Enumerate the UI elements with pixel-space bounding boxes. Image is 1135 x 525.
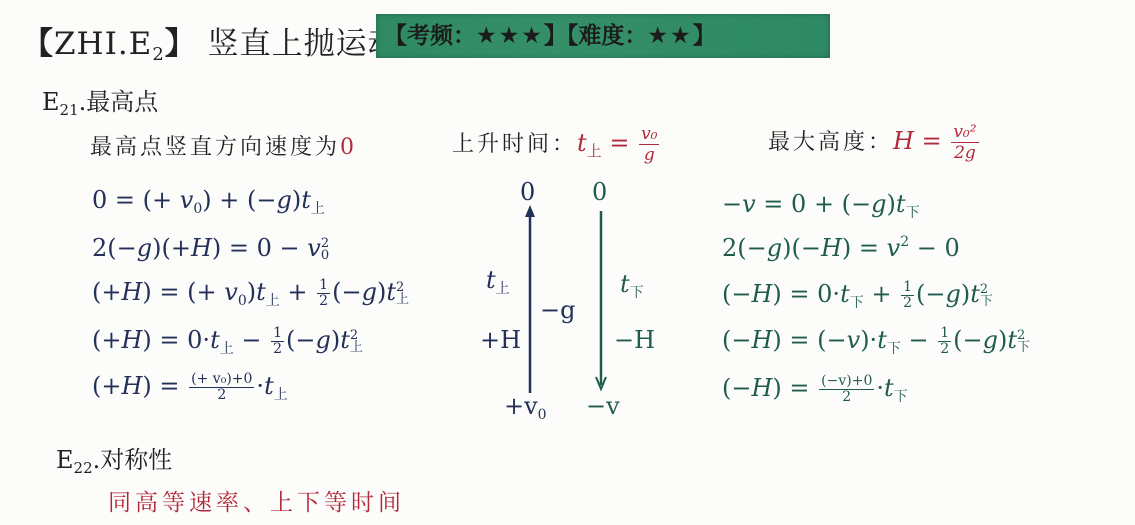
diagram-acceleration: −g — [540, 296, 575, 324]
diagram-up-top-velocity: 0 — [520, 178, 535, 206]
velocity-sub: 0 — [538, 407, 547, 423]
eq-text: (+ — [92, 278, 121, 306]
eq-text: ) = 0 − — [212, 234, 307, 262]
eq-sub: 上 — [350, 342, 363, 354]
eq-text: ) + (− — [202, 186, 276, 214]
eq-text: (− — [722, 326, 751, 354]
eq-text: ) = (− — [772, 326, 846, 354]
eq-sub: 下 — [887, 341, 901, 357]
eq-sub: 0 — [238, 293, 247, 309]
frac-den: 2 — [271, 342, 284, 357]
eq-text: ) — [331, 326, 340, 354]
bracket-close: 】 — [165, 26, 197, 62]
eq-var: v — [887, 234, 901, 262]
eq-text: ) = (+ — [142, 278, 224, 306]
eq-var: g — [946, 280, 961, 308]
highest-point-statement: 最高点竖直方向速度为0 — [90, 130, 357, 161]
eq-var: g — [316, 326, 331, 354]
eq-text: ) — [377, 278, 386, 306]
time-sub: 下 — [630, 285, 644, 301]
symmetry-conclusion: 同高等速率、上下等时间 — [108, 484, 405, 517]
eq-text: 2(− — [722, 234, 767, 262]
eq-var: v — [224, 278, 238, 306]
eq-text: (+ — [92, 372, 121, 400]
formula-lhs: H — [893, 127, 914, 155]
frac-den: 2 — [938, 342, 951, 357]
eq-sub: 上 — [311, 201, 325, 217]
eq-sub: 0 — [193, 201, 202, 217]
velocity-var: +v — [504, 392, 538, 420]
eq-sub: 下 — [1017, 342, 1030, 354]
down-equation-velocity: −v = 0 + (−g)t下 — [722, 190, 920, 222]
eq-sub: 上 — [274, 387, 288, 403]
frac-den: 2 — [901, 296, 914, 311]
diagram-fall-time: t下 — [620, 270, 644, 302]
down-equation-velocity-displacement: 2(−g)(−H) = v2 − 0 — [722, 234, 960, 262]
bracket-close: 】 — [693, 22, 716, 49]
difficulty-stars-icon: ★★ — [647, 23, 692, 49]
eq-var: g — [983, 326, 998, 354]
eq-text: ) — [292, 186, 301, 214]
eq-text: (− — [286, 326, 315, 354]
up-arrow-icon — [525, 205, 535, 393]
eq-sub: 下 — [894, 389, 908, 405]
eq-var: H — [191, 234, 212, 262]
eq-text: = 0 + (− — [756, 190, 871, 218]
section-title: .最高点 — [79, 88, 159, 116]
eq-text: )· — [860, 326, 877, 354]
section-title: .对称性 — [93, 446, 173, 474]
eq-var: t — [386, 278, 396, 306]
eq-var: g — [871, 190, 886, 218]
section-heading-symmetry: E22.对称性 — [56, 440, 172, 477]
eq-sub: 上 — [220, 341, 234, 357]
down-arrow-icon — [596, 211, 606, 389]
eq-sub: 下 — [850, 295, 864, 311]
eq-text: ) — [961, 280, 970, 308]
up-equation-velocity-displacement: 2(−g)(+H) = 0 − v20 — [92, 234, 329, 262]
topic-code: ZHI.E — [54, 26, 152, 62]
eq-var: t — [840, 280, 850, 308]
up-equation-velocity: 0 = (+ v0) + (−g)t上 — [92, 186, 325, 218]
bracket-open: 【 — [22, 26, 54, 62]
frequency-label: 【考频： — [384, 22, 476, 49]
eq-var: t — [264, 372, 274, 400]
down-equation-displacement-reverse: (−H) = (−v)·t下 − 12(−g)t2下 — [722, 326, 1030, 358]
diagram-final-velocity: −v — [586, 392, 620, 420]
up-equation-average-velocity: (+H) = (+ v₀)+02·t上 — [92, 372, 288, 404]
frac-num: 1 — [271, 326, 284, 342]
rise-time: 上升时间：t上 = v₀g — [452, 124, 661, 165]
eq-text: ) — [247, 278, 256, 306]
difficulty-label: 【难度： — [567, 22, 648, 49]
diagram-down-displacement: −H — [614, 326, 655, 354]
eq-sub: 上 — [266, 293, 280, 309]
statement-value: 0 — [340, 135, 357, 160]
frequency-stars-icon: ★★★ — [476, 23, 544, 49]
time-var: t — [620, 270, 630, 298]
frac-den: 2 — [189, 388, 254, 403]
frac-num: 1 — [938, 326, 951, 342]
section-heading-highest-point: E21.最高点 — [42, 82, 158, 119]
max-height-formula: H = v₀²2g — [893, 127, 981, 155]
formula-denominator: g — [639, 145, 659, 165]
formula-lhs-sub: 上 — [587, 142, 602, 160]
statement-text: 最高点竖直方向速度为 — [90, 135, 340, 160]
eq-sub: 上 — [396, 294, 409, 306]
eq-text: − — [722, 190, 742, 218]
time-sub: 上 — [496, 281, 510, 297]
eq-text: + — [280, 278, 315, 306]
eq-text: ) — [887, 190, 896, 218]
time-var: t — [486, 266, 496, 294]
frac-den: 2 — [819, 390, 874, 405]
up-equation-displacement-forward: (+H) = (+ v0)t上 + 12(−g)t2上 — [92, 278, 409, 310]
topic-title: 【ZHI.E2】 竖直上抛运动 — [22, 18, 400, 65]
eq-var: t — [877, 326, 887, 354]
eq-var: t — [896, 190, 906, 218]
eq-var: g — [362, 278, 377, 306]
eq-text: − — [234, 326, 269, 354]
section-prefix: E — [42, 88, 60, 116]
eq-sub: 0 — [321, 250, 329, 262]
frac-num: (−v)+0 — [819, 374, 874, 390]
diagram-initial-velocity: +v0 — [504, 392, 547, 423]
eq-var: H — [121, 326, 142, 354]
eq-var: v — [180, 186, 194, 214]
eq-text: (− — [722, 374, 751, 402]
formula-lhs: t — [577, 129, 587, 157]
eq-var: t — [256, 278, 266, 306]
difficulty-badge: 【考频：★★★】【难度：★★】 — [376, 14, 830, 58]
diagram-rise-time: t上 — [486, 266, 510, 298]
eq-text: (− — [722, 280, 751, 308]
eq-var: t — [884, 374, 894, 402]
eq-text: − — [901, 326, 936, 354]
eq-var: v — [307, 234, 321, 262]
rise-time-label: 上升时间： — [452, 132, 577, 157]
eq-text: ) = — [142, 372, 187, 400]
eq-var: H — [121, 372, 142, 400]
formula-equals: = — [914, 127, 949, 155]
eq-var: g — [137, 234, 152, 262]
max-height-label: 最大高度： — [768, 130, 893, 155]
eq-var: t — [970, 280, 980, 308]
down-equation-displacement-forward: (−H) = 0·t下 + 12(−g)t2下 — [722, 280, 993, 312]
max-height: 最大高度：H = v₀²2g — [768, 122, 981, 163]
formula-numerator: v₀² — [951, 122, 978, 143]
eq-var: H — [751, 280, 772, 308]
topic-code-sub: 2 — [152, 44, 164, 65]
eq-var: t — [210, 326, 220, 354]
eq-text: (− — [916, 280, 945, 308]
eq-var: g — [767, 234, 782, 262]
eq-text: ) — [998, 326, 1007, 354]
eq-sub: 下 — [906, 205, 920, 221]
diagram-up-displacement: +H — [480, 326, 521, 354]
eq-text: ) = 0· — [142, 326, 210, 354]
diagram-down-top-velocity: 0 — [592, 178, 607, 206]
eq-text: ) = 0· — [772, 280, 840, 308]
section-sub: 21 — [60, 101, 79, 119]
eq-text: (− — [953, 326, 982, 354]
eq-text: ) = — [772, 374, 817, 402]
eq-var: H — [121, 278, 142, 306]
eq-text: 2(− — [92, 234, 137, 262]
eq-var: t — [301, 186, 311, 214]
eq-text: · — [256, 372, 264, 400]
bracket-close: 】 — [544, 22, 567, 49]
frac-num: 1 — [317, 278, 330, 294]
eq-sup: 2 — [900, 234, 909, 250]
eq-var: H — [751, 326, 772, 354]
topic-name: 竖直上抛运动 — [208, 26, 400, 62]
eq-var: H — [821, 234, 842, 262]
section-prefix: E — [56, 446, 74, 474]
eq-text: 0 = (+ — [92, 186, 180, 214]
eq-text: )(+ — [152, 234, 191, 262]
eq-var: g — [276, 186, 291, 214]
frac-den: 2 — [317, 294, 330, 309]
section-sub: 22 — [74, 459, 93, 477]
eq-var: v — [742, 190, 756, 218]
eq-text: + — [864, 280, 899, 308]
eq-text: (− — [332, 278, 361, 306]
eq-sub: 下 — [980, 296, 993, 308]
eq-var: H — [751, 374, 772, 402]
eq-text: ) = — [842, 234, 887, 262]
rise-time-formula: t上 = v₀g — [577, 129, 661, 157]
eq-var: t — [340, 326, 350, 354]
frac-num: 1 — [901, 280, 914, 296]
eq-text: )(− — [782, 234, 821, 262]
frac-num: (+ v₀)+0 — [189, 372, 254, 388]
down-equation-average-velocity: (−H) = (−v)+02·t下 — [722, 374, 908, 406]
eq-var: v — [847, 326, 861, 354]
eq-text: · — [876, 374, 884, 402]
eq-text: (+ — [92, 326, 121, 354]
up-equation-displacement-reverse: (+H) = 0·t上 − 12(−g)t2上 — [92, 326, 363, 358]
eq-text: − 0 — [909, 234, 960, 262]
formula-denominator: 2g — [951, 143, 978, 163]
eq-var: t — [1007, 326, 1017, 354]
formula-numerator: v₀ — [639, 124, 659, 145]
formula-equals: = — [602, 129, 637, 157]
